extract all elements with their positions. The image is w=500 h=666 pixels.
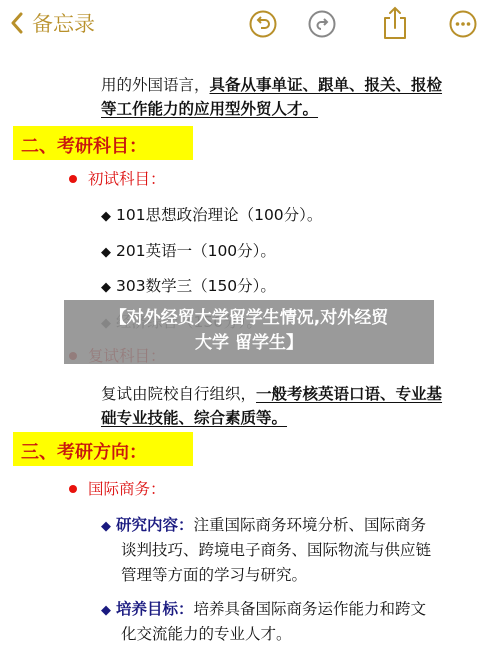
goal-line-1: ◆培养目标：培养具备国际商务运作能力和跨文 <box>101 597 426 623</box>
research-line-2: 谈判技巧、跨境电子商务、国际物流与供应链 <box>121 538 431 562</box>
retest-line-2: 础专业技能、综合素质等。 <box>101 406 287 430</box>
back-label: 备忘录 <box>32 8 95 38</box>
more-icon[interactable] <box>448 9 478 39</box>
title-overlay-banner: 【对外经贸大学留学生情况,对外经贸 大学 留学生】 <box>64 300 434 364</box>
goal-line-2: 化交流能力的专业人才。 <box>121 622 292 646</box>
subject-item: ◆303数学三（150分）。 <box>101 274 276 300</box>
undo-icon[interactable] <box>248 9 278 39</box>
subject-item: ◆101思想政治理论（100分）。 <box>101 203 322 229</box>
overlay-line-2: 大学 留学生】 <box>64 331 434 356</box>
toolbar: 备忘录 <box>0 0 500 50</box>
section-3-heading: 三、考研方向： <box>13 432 193 466</box>
bullet-dot <box>69 175 77 183</box>
intro-line-2: 等工作能力的应用型外贸人才。 <box>101 97 318 121</box>
bullet-dot <box>69 485 77 493</box>
research-line-1: ◆研究内容：注重国际商务环境分析、国际商务 <box>101 513 426 539</box>
research-line-3: 管理等方面的学习与研究。 <box>121 563 307 587</box>
prelim-label: 初试科目： <box>88 167 166 191</box>
share-icon[interactable] <box>380 6 410 40</box>
chevron-left-icon <box>10 12 24 34</box>
retest-line-1: 复试由院校自行组织，一般考核英语口语、专业基 <box>101 382 442 406</box>
direction-label: 国际商务： <box>88 477 166 501</box>
intro-line-1: 用的外国语言，具备从事单证、跟单、报关、报检 <box>101 73 442 97</box>
overlay-line-1: 【对外经贸大学留学生情况,对外经贸 <box>64 306 434 331</box>
subject-item: ◆201英语一（100分）。 <box>101 239 276 265</box>
back-button[interactable]: 备忘录 <box>10 8 95 38</box>
section-2-heading: 二、考研科目： <box>13 126 193 160</box>
redo-icon[interactable] <box>307 9 337 39</box>
